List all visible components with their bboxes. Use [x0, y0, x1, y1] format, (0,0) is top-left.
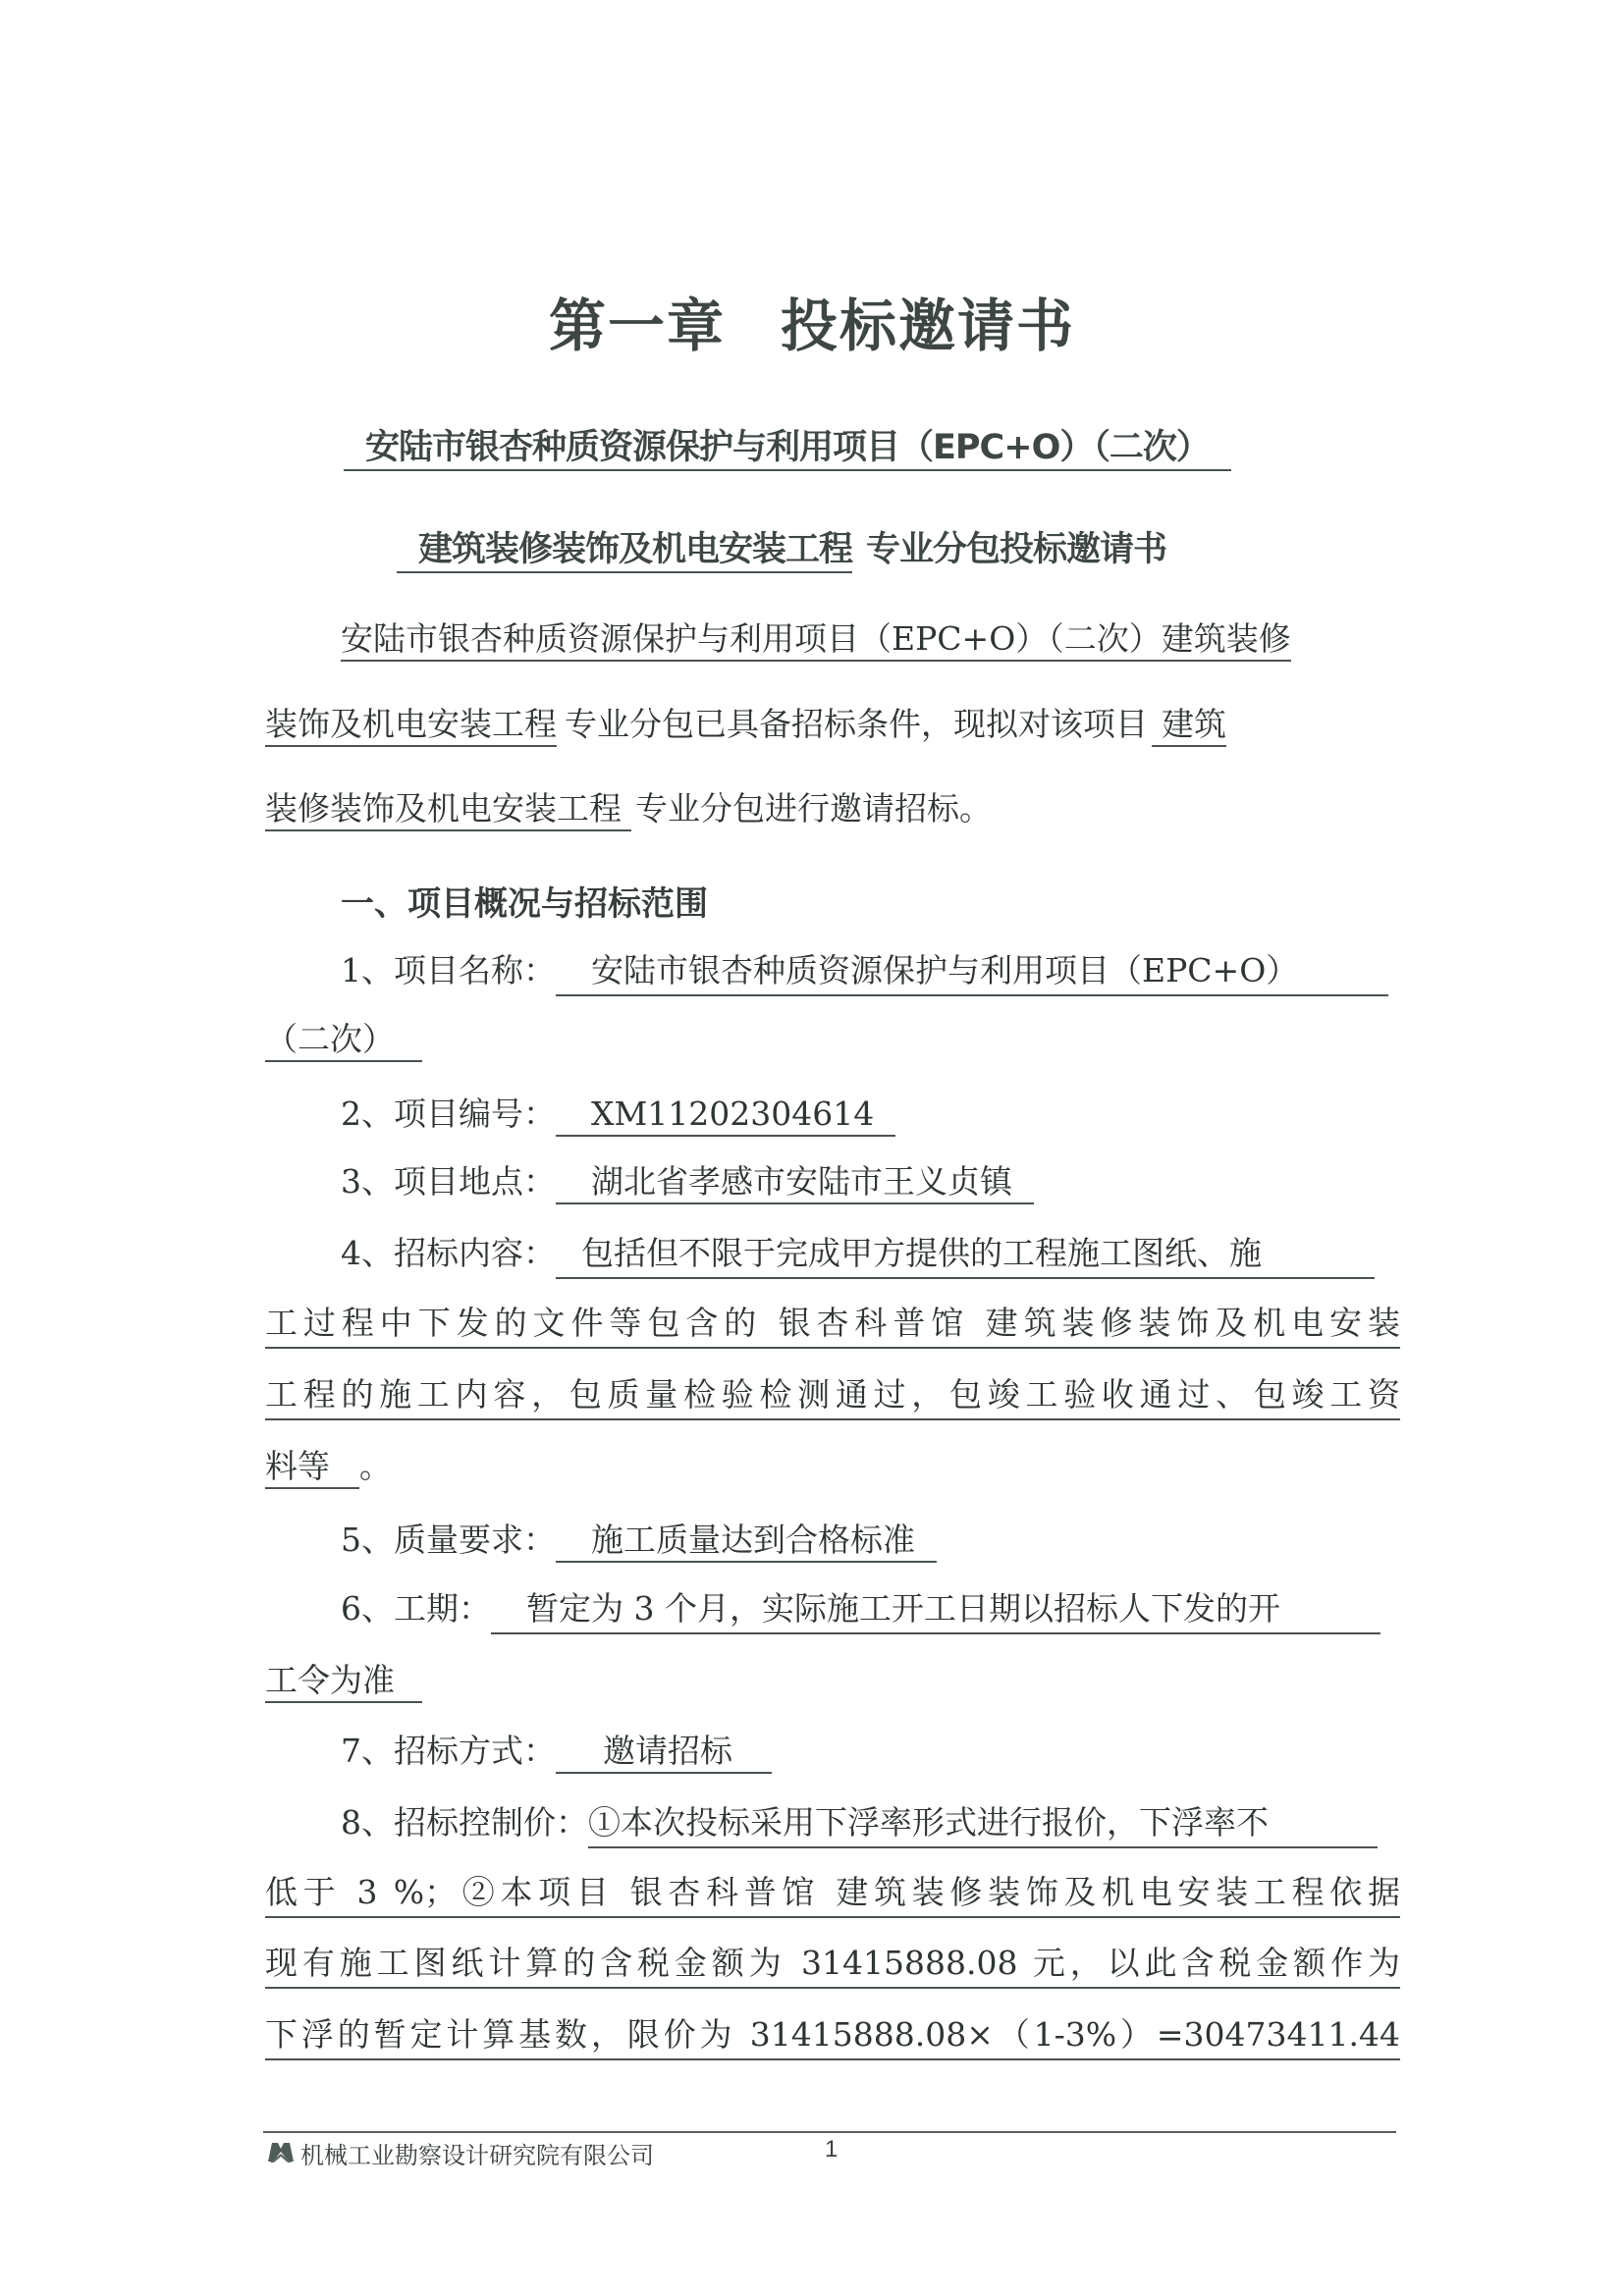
- intro-line-3: 装修装饰及机电安装工程专业分包进行邀请招标。: [265, 787, 1400, 830]
- field-value: ①本次投标采用下浮率形式进行报价，下浮率不: [588, 1801, 1378, 1848]
- field-label: 2、项目编号：: [341, 1095, 556, 1133]
- item-scope-cont-1: 工过程中下发的文件等包含的 银杏科普馆 建筑装修装饰及机电安装: [265, 1302, 1400, 1345]
- intro-text: 安陆市银杏种质资源保护与利用项目（EPC+O）（二次）建筑装修: [341, 619, 1291, 662]
- subtitle-invitation: 专业分包投标邀请书: [866, 530, 1166, 569]
- intro-package-name: 建筑: [1152, 705, 1226, 747]
- field-value: XM11202304614: [556, 1095, 895, 1137]
- item-control-price-cont-1: 低于 3 %；②本项目 银杏科普馆 建筑装修装饰及机电安装工程依据: [265, 1871, 1400, 1914]
- field-label: 3、项目地点：: [341, 1162, 556, 1201]
- item-project-name-cont: （二次）: [265, 1018, 1400, 1061]
- field-label: 7、招标方式：: [341, 1732, 556, 1770]
- field-value: 邀请招标: [556, 1732, 772, 1774]
- field-value: 工令为准: [265, 1661, 422, 1703]
- intro-package-name: 装修装饰及机电安装工程: [265, 789, 631, 831]
- chapter-name: 投标邀请书: [781, 293, 1075, 359]
- subtitle-package-name: 建筑装修装饰及机电安装工程: [397, 530, 852, 573]
- subtitle-line-1: 安陆市银杏种质资源保护与利用项目（EPC+O）（二次）: [344, 420, 1231, 469]
- page-number: 1: [825, 2136, 838, 2163]
- field-label: 1、项目名称：: [341, 951, 556, 989]
- field-value: 安陆市银杏种质资源保护与利用项目（EPC+O）: [556, 949, 1388, 996]
- field-label: 6、工期：: [341, 1589, 491, 1628]
- item-period: 6、工期：暂定为 3 个月，实际施工开工日期以招标人下发的开: [341, 1587, 1400, 1630]
- company-logo-icon: [267, 2140, 295, 2163]
- chapter-number: 第一章: [549, 293, 726, 359]
- footer-divider: [263, 2131, 1396, 2133]
- item-control-price: 8、招标控制价：①本次投标采用下浮率形式进行报价，下浮率不: [341, 1801, 1400, 1844]
- field-value: 施工质量达到合格标准: [556, 1521, 937, 1563]
- chapter-title: 第一章投标邀请书: [0, 280, 1624, 362]
- subtitle-project-name: 安陆市银杏种质资源保护与利用项目（EPC+O）（二次）: [344, 428, 1231, 471]
- field-value: 现有施工图纸计算的含税金额为 31415888.08 元，以此含税金额作为: [265, 1942, 1400, 1989]
- item-control-price-cont-2: 现有施工图纸计算的含税金额为 31415888.08 元，以此含税金额作为: [265, 1942, 1400, 1985]
- intro-package-name: 装饰及机电安装工程: [265, 705, 557, 747]
- field-value: （二次）: [265, 1020, 422, 1062]
- intro-line-1: 安陆市银杏种质资源保护与利用项目（EPC+O）（二次）建筑装修: [341, 617, 1400, 661]
- section-heading: 一、项目概况与招标范围: [341, 877, 708, 925]
- field-value: 暂定为 3 个月，实际施工开工日期以招标人下发的开: [491, 1587, 1380, 1634]
- field-value: 下浮的暂定计算基数，限价为 31415888.08×（1-3%）=3047341…: [265, 2013, 1400, 2060]
- intro-text: 专业分包进行邀请招标。: [635, 789, 992, 828]
- item-project-location: 3、项目地点：湖北省孝感市安陆市王义贞镇: [341, 1160, 1400, 1203]
- intro-text: 专业分包已具备招标条件，现拟对该项目: [565, 705, 1148, 743]
- item-project-code: 2、项目编号：XM11202304614: [341, 1093, 1400, 1136]
- item-project-name: 1、项目名称：安陆市银杏种质资源保护与利用项目（EPC+O）: [341, 949, 1400, 992]
- field-value: 低于 3 %；②本项目 银杏科普馆 建筑装修装饰及机电安装工程依据: [265, 1871, 1400, 1918]
- punctuation: 。: [359, 1447, 392, 1485]
- field-value: 包括但不限于完成甲方提供的工程施工图纸、施: [556, 1232, 1375, 1279]
- field-value: 料等: [265, 1447, 359, 1489]
- item-quality: 5、质量要求：施工质量达到合格标准: [341, 1519, 1400, 1562]
- item-scope-cont-3: 料等。: [265, 1445, 1400, 1488]
- item-method: 7、招标方式：邀请招标: [341, 1730, 1400, 1773]
- item-scope-cont-2: 工程的施工内容，包质量检验检测通过，包竣工验收通过、包竣工资: [265, 1373, 1400, 1416]
- field-value: 湖北省孝感市安陆市王义贞镇: [556, 1162, 1034, 1204]
- field-value: 工程的施工内容，包质量检验检测通过，包竣工验收通过、包竣工资: [265, 1373, 1400, 1420]
- field-label: 8、招标控制价：: [341, 1803, 588, 1842]
- item-control-price-cont-3: 下浮的暂定计算基数，限价为 31415888.08×（1-3%）=3047341…: [265, 2013, 1400, 2056]
- field-label: 4、招标内容：: [341, 1234, 556, 1272]
- field-value: 工过程中下发的文件等包含的 银杏科普馆 建筑装修装饰及机电安装: [265, 1302, 1400, 1349]
- intro-line-2: 装饰及机电安装工程专业分包已具备招标条件，现拟对该项目建筑: [265, 703, 1400, 746]
- field-label: 5、质量要求：: [341, 1521, 556, 1559]
- footer-company-name: 机械工业勘察设计研究院有限公司: [300, 2136, 654, 2170]
- item-scope: 4、招标内容：包括但不限于完成甲方提供的工程施工图纸、施: [341, 1232, 1400, 1275]
- item-period-cont: 工令为准: [265, 1659, 1400, 1702]
- subtitle-line-2: 建筑装修装饰及机电安装工程专业分包投标邀请书: [397, 522, 1166, 571]
